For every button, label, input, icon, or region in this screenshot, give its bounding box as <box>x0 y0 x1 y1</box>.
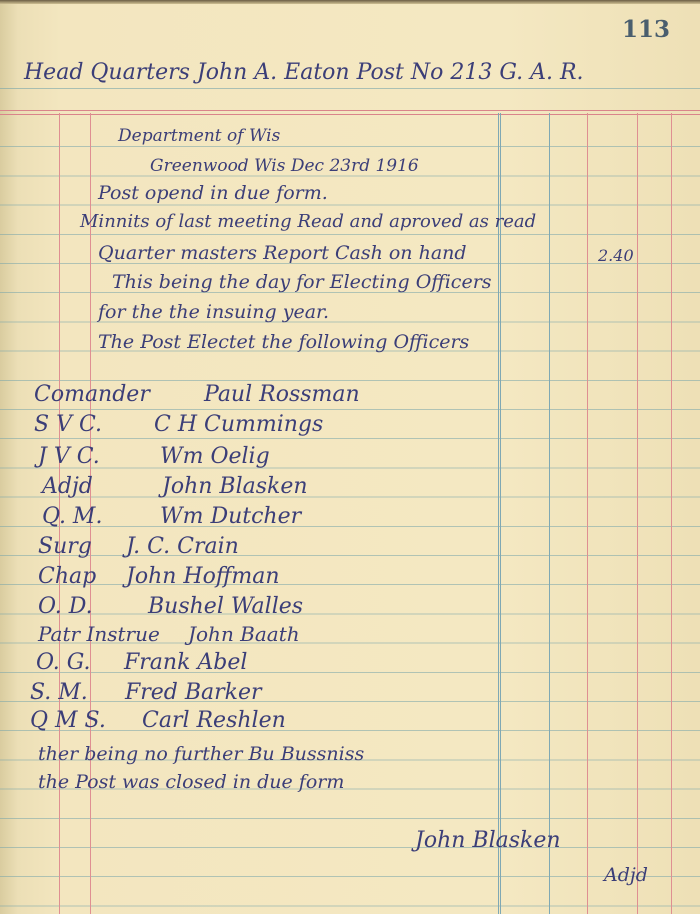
officer-title: S. M. <box>30 682 88 704</box>
officer-title: J V C. <box>38 446 100 468</box>
officer-title: Adjd <box>42 476 93 498</box>
place-date-line: Greenwood Wis Dec 23rd 1916 <box>150 158 419 175</box>
officer-name: Wm Dutcher <box>160 506 301 528</box>
page-top-edge <box>0 0 700 4</box>
officer-title: O. D. <box>38 596 93 618</box>
officer-title: Q M S. <box>30 710 106 732</box>
officer-name: Wm Oelig <box>160 446 270 468</box>
officer-row: O. D. Bushel Walles <box>38 596 93 618</box>
officer-title: Q. M. <box>42 506 102 528</box>
officer-row: Surg J. C. Crain <box>38 536 92 558</box>
cash-on-hand-amount: 2.40 <box>598 248 634 264</box>
minutes-line: Minnits of last meeting Read and aproved… <box>80 213 536 231</box>
officer-name: C H Cummings <box>154 414 323 436</box>
officer-title: Surg <box>38 536 92 558</box>
ledger-page: 113 Head Quarters John A. Eaton Post No … <box>0 0 700 914</box>
minutes-line: Post opend in due form. <box>98 184 328 203</box>
officer-title: S V C. <box>34 414 102 436</box>
ruled-lines <box>0 118 700 914</box>
officer-name: John Hoffman <box>126 566 280 588</box>
closing-line: the Post was closed in due form <box>38 773 344 792</box>
heading-rule <box>0 88 700 89</box>
officer-row: O. G. Frank Abel <box>36 652 91 674</box>
officer-row: Chap John Hoffman <box>38 566 96 588</box>
minutes-line: Quarter masters Report Cash on hand <box>98 244 467 263</box>
signature-title: Adjd <box>604 866 648 885</box>
red-double-rule <box>0 110 700 115</box>
officer-row: S. M. Fred Barker <box>30 682 88 704</box>
minutes-line: for the the insuing year. <box>98 303 329 322</box>
officer-name: Carl Reshlen <box>142 710 286 732</box>
closing-line: ther being no further Bu Bussniss <box>38 745 364 764</box>
officer-name: J. C. Crain <box>126 536 239 558</box>
column-line-2 <box>549 113 550 914</box>
officer-name: Bushel Walles <box>148 596 303 618</box>
officer-name: Fred Barker <box>125 682 262 704</box>
officer-name: Paul Rossman <box>204 384 360 406</box>
page-number: 113 <box>622 16 670 43</box>
officer-row: J V C. Wm Oelig <box>38 446 100 468</box>
officer-title: Chap <box>38 566 96 588</box>
officer-row: Patr Instrue John Baath <box>38 624 160 644</box>
officer-row: Q M S. Carl Reshlen <box>30 710 106 732</box>
officer-title: O. G. <box>36 652 91 674</box>
officer-title: Comander <box>34 384 150 406</box>
column-line-1b <box>500 113 501 914</box>
minutes-line: The Post Electet the following Officers <box>98 333 469 352</box>
officer-name: John Blasken <box>162 476 308 498</box>
page-heading: Head Quarters John A. Eaton Post No 213 … <box>24 62 584 84</box>
officer-row: Adjd John Blasken <box>42 476 93 498</box>
officer-row: S V C. C H Cummings <box>34 414 102 436</box>
officer-row: Q. M. Wm Dutcher <box>42 506 102 528</box>
department-line: Department of Wis <box>118 128 280 145</box>
officer-title: Patr Instrue <box>38 624 160 644</box>
column-line-4 <box>637 113 638 914</box>
column-line-3 <box>587 113 588 914</box>
column-line-5 <box>671 113 672 914</box>
officer-row: Comander Paul Rossman <box>34 384 150 406</box>
signature-name: John Blasken <box>415 830 561 852</box>
column-line-1 <box>498 113 499 914</box>
minutes-line: This being the day for Electing Officers <box>112 273 492 292</box>
officer-name: John Baath <box>188 624 300 644</box>
officer-name: Frank Abel <box>124 652 247 674</box>
